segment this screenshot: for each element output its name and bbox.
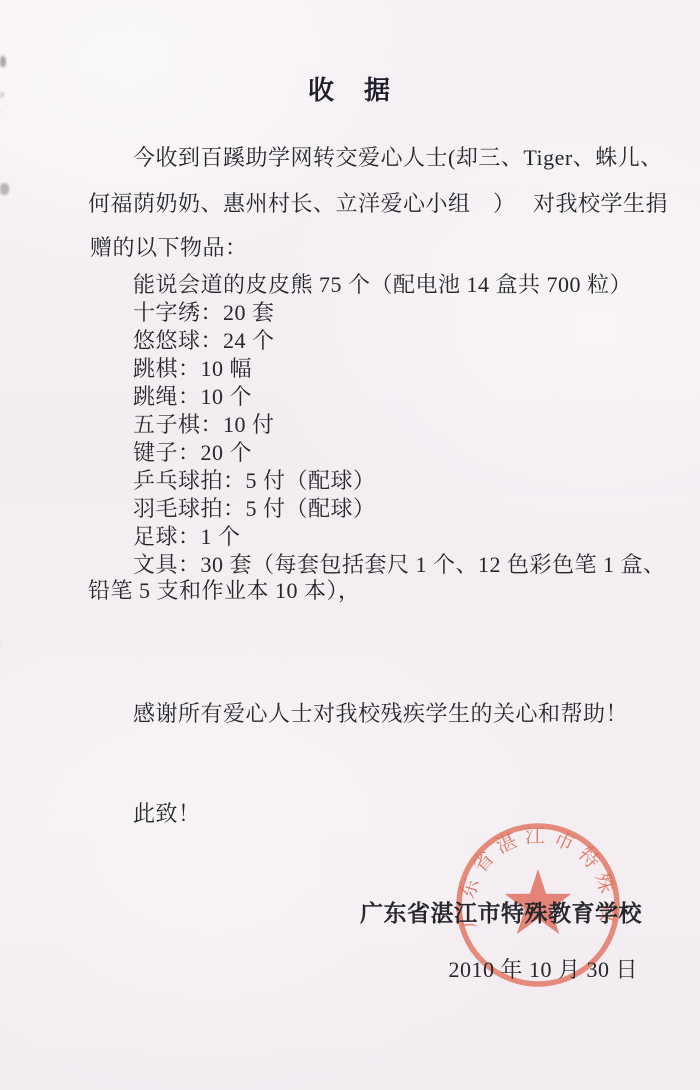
receipt-title: 收 据 xyxy=(0,70,700,107)
item-line-continuation: 铅笔 5 支和作业本 10 本）， xyxy=(88,574,361,605)
school-name: 广东省湛江市特殊教育学校 xyxy=(360,895,642,928)
item-line: 羽毛球拍：5 付（配球） xyxy=(133,492,376,523)
intro-line-2: 何福荫奶奶、惠州村长、立洋爱心小组 ） 对我校学生捐 xyxy=(88,187,668,218)
item-line: 五子棋：10 付 xyxy=(133,408,275,439)
item-line: 跳绳：10 个 xyxy=(133,380,252,411)
item-line: 足球：1 个 xyxy=(133,520,241,551)
edge-smudge xyxy=(0,183,9,195)
item-line: 悠悠球：24 个 xyxy=(133,324,275,355)
salute-line: 此致！ xyxy=(133,797,201,828)
item-line: 跳棋：10 幅 xyxy=(133,352,252,383)
intro-line-3: 赠的以下物品： xyxy=(90,231,248,262)
edge-smudge xyxy=(0,56,6,67)
thanks-line: 感谢所有爱心人士对我校残疾学生的关心和帮助！ xyxy=(133,697,628,728)
item-line: 乒乓球拍：5 付（配球） xyxy=(133,464,376,495)
intro-line-1: 今收到百蹊助学网转交爱心人士(却三、Tiger、蛛儿、 xyxy=(133,141,663,172)
item-line: 键子：20 个 xyxy=(133,436,252,467)
receipt-date: 2010 年 10 月 30 日 xyxy=(448,953,638,984)
item-line: 十字绣：20 套 xyxy=(133,296,275,327)
item-line: 能说会道的皮皮熊 75 个（配电池 14 盒共 700 粒） xyxy=(133,268,632,299)
